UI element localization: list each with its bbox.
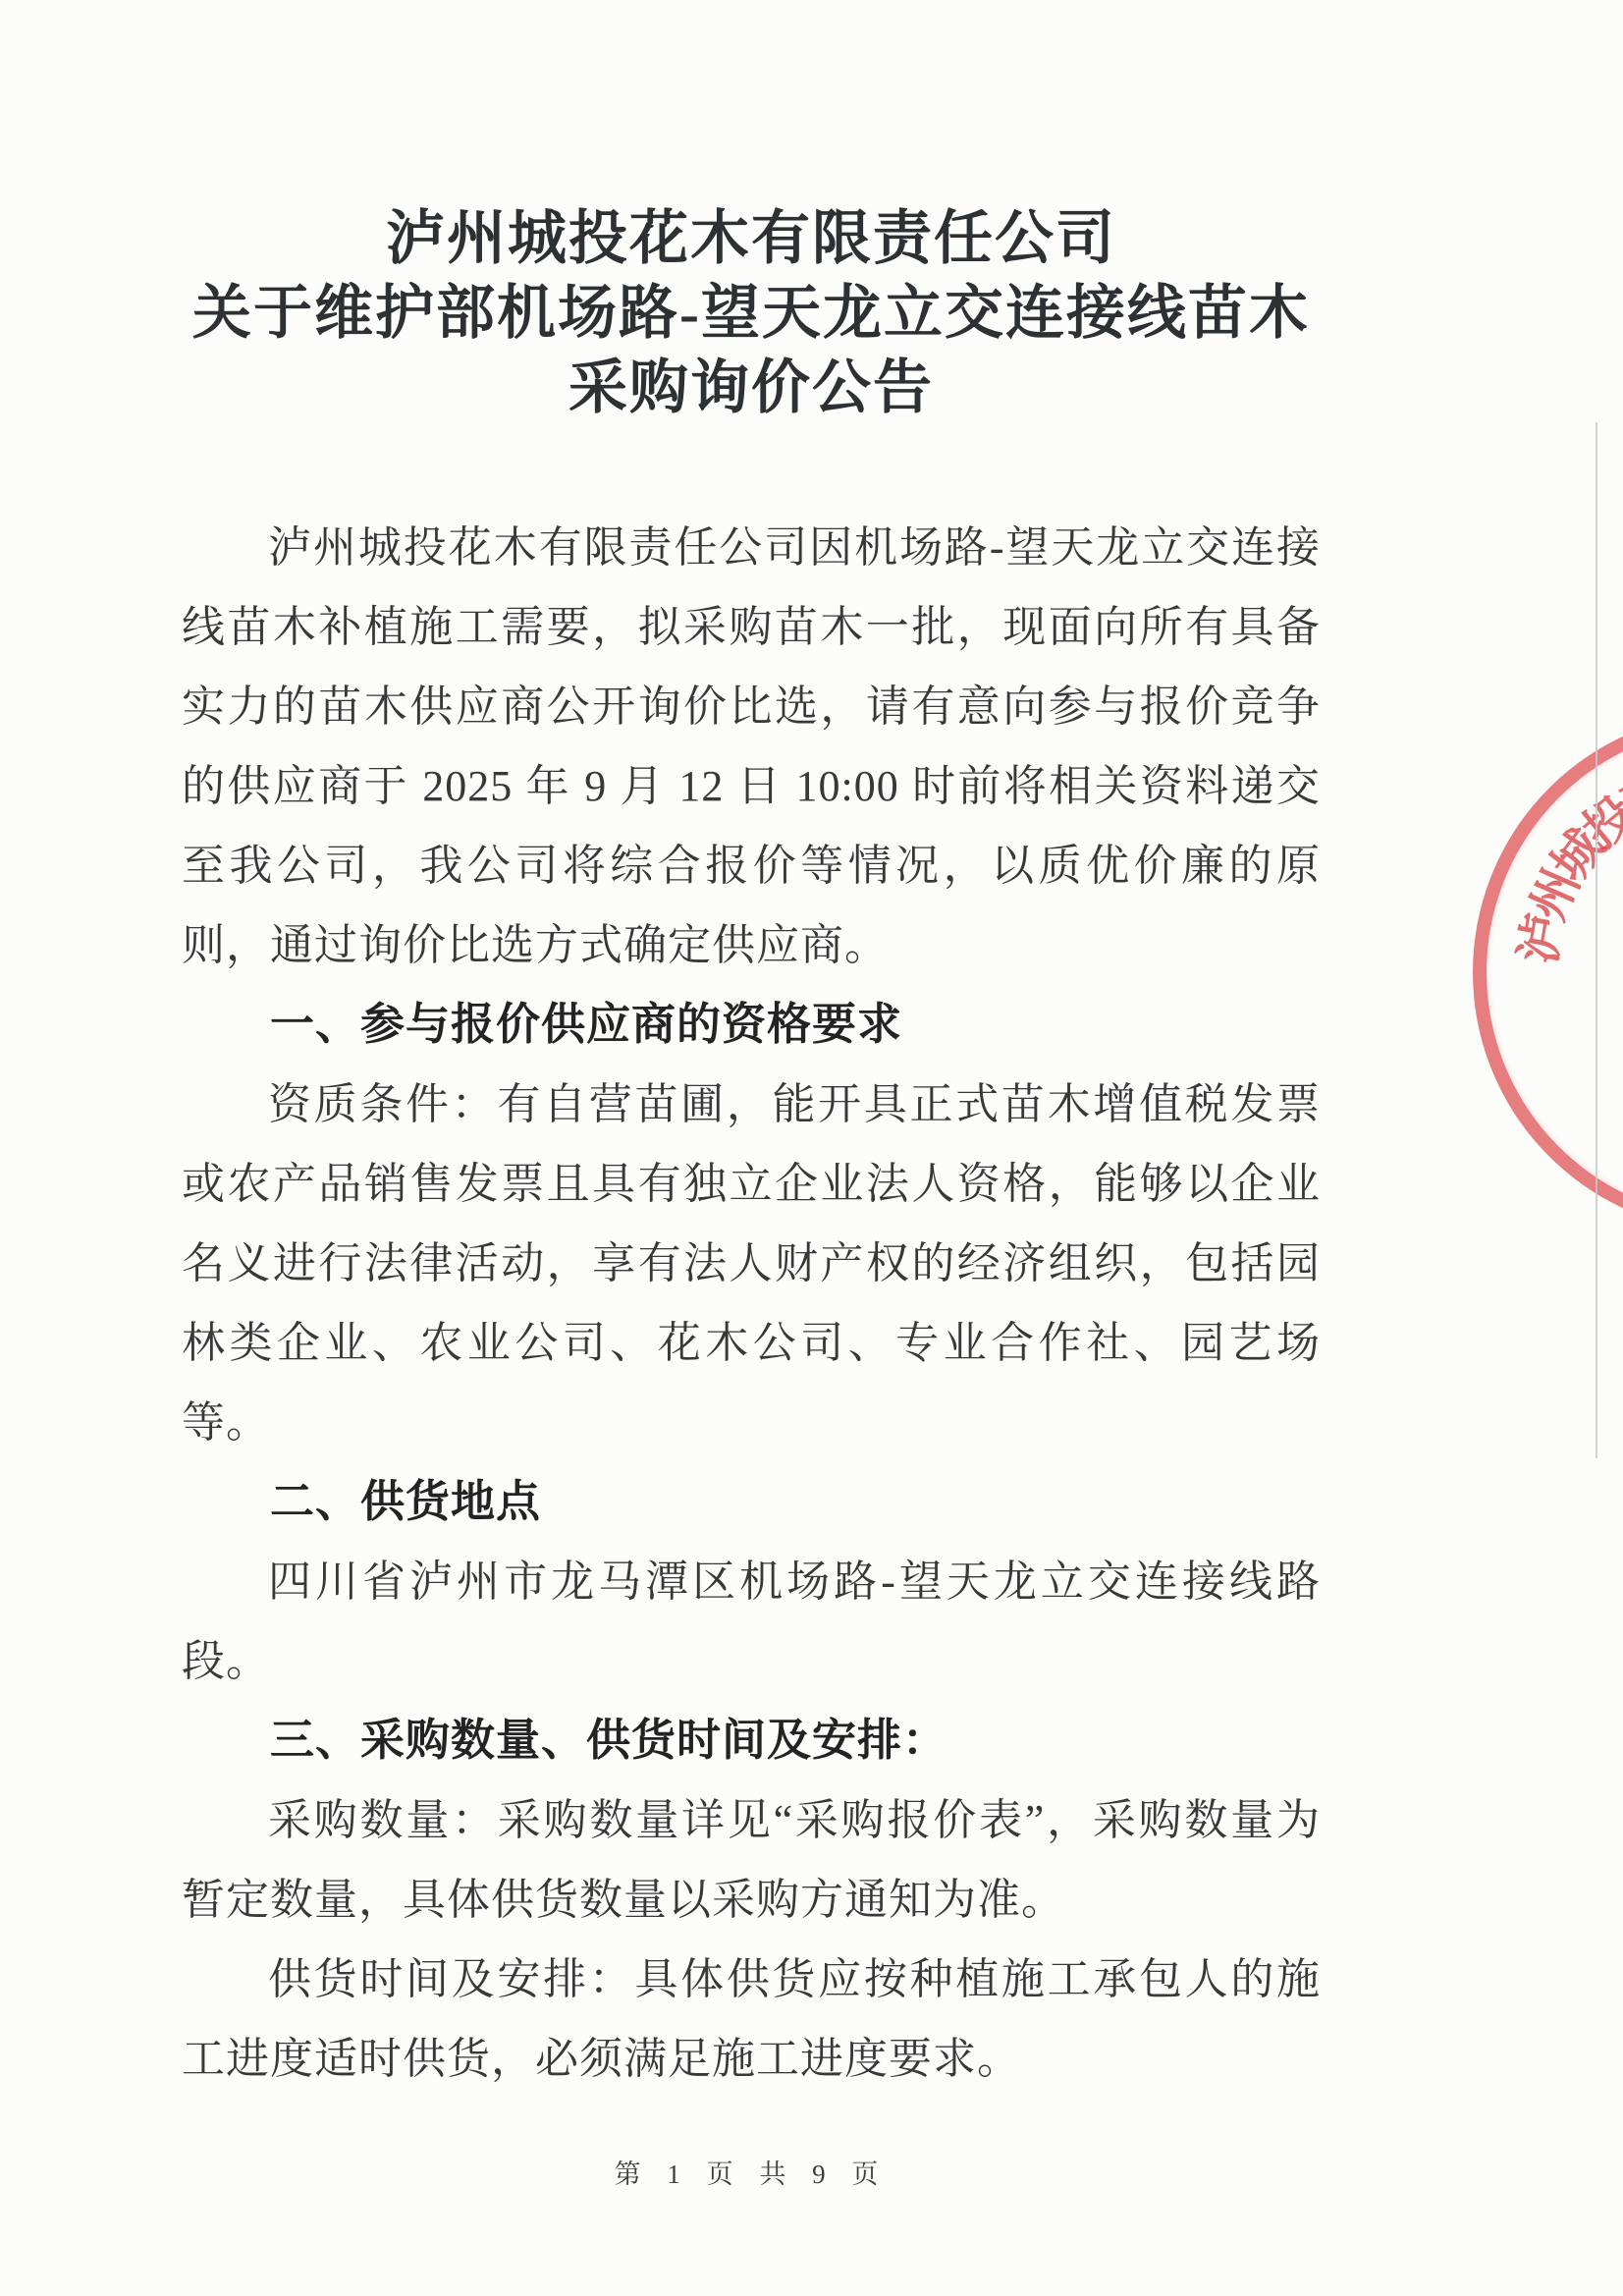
section-heading: 一、参与报价供应商的资格要求 xyxy=(182,985,1321,1065)
seal-character: 城 xyxy=(1542,819,1613,891)
title-line-2: 关于维护部机场路-望天龙立交连接线苗木 xyxy=(182,276,1321,351)
company-seal-stamp: 泸州城投花木有限责任公司 xyxy=(1473,712,1623,1232)
seal-character: 花 xyxy=(1613,763,1623,832)
document-body: 泸州城投花木有限责任公司因机场路-望天龙立交连接线苗木补植施工需要，拟采购苗木一… xyxy=(182,508,1321,2099)
paragraph: 资质条件：有自营苗圃，能开具正式苗木增值税发票或农产品销售发票且具有独立企业法人… xyxy=(182,1065,1321,1462)
section-heading: 三、采购数量、供货时间及安排： xyxy=(182,1701,1321,1780)
seal-character: 州 xyxy=(1521,861,1588,928)
document-page: 泸州城投花木有限责任公司 关于维护部机场路-望天龙立交连接线苗木 采购询价公告 … xyxy=(0,0,1623,2296)
section-heading: 二、供货地点 xyxy=(182,1462,1321,1542)
seal-character: 泸 xyxy=(1512,908,1571,967)
paragraph: 采购数量：采购数量详见“采购报价表”，采购数量为暂定数量，具体供货数量以采购方通… xyxy=(182,1780,1321,1940)
scan-artifact-line xyxy=(1596,422,1597,1458)
title-line-3: 采购询价公告 xyxy=(182,351,1321,425)
document-title: 泸州城投花木有限责任公司 关于维护部机场路-望天龙立交连接线苗木 采购询价公告 xyxy=(182,201,1321,425)
paragraph: 泸州城投花木有限责任公司因机场路-望天龙立交连接线苗木补植施工需要，拟采购苗木一… xyxy=(182,508,1321,985)
seal-ring xyxy=(1473,712,1623,1232)
page-number-footer: 第 1 页 共 9 页 xyxy=(182,2153,1321,2191)
title-line-1: 泸州城投花木有限责任公司 xyxy=(182,201,1321,276)
paragraph: 供货时间及安排：具体供货应按种植施工承包人的施工进度适时供货，必须满足施工进度要… xyxy=(182,1940,1321,2099)
seal-character: 投 xyxy=(1573,787,1623,858)
paragraph: 四川省泸州市龙马潭区机场路-望天龙立交连接线路段。 xyxy=(182,1542,1321,1701)
document-content: 泸州城投花木有限责任公司 关于维护部机场路-望天龙立交连接线苗木 采购询价公告 … xyxy=(182,201,1321,2099)
